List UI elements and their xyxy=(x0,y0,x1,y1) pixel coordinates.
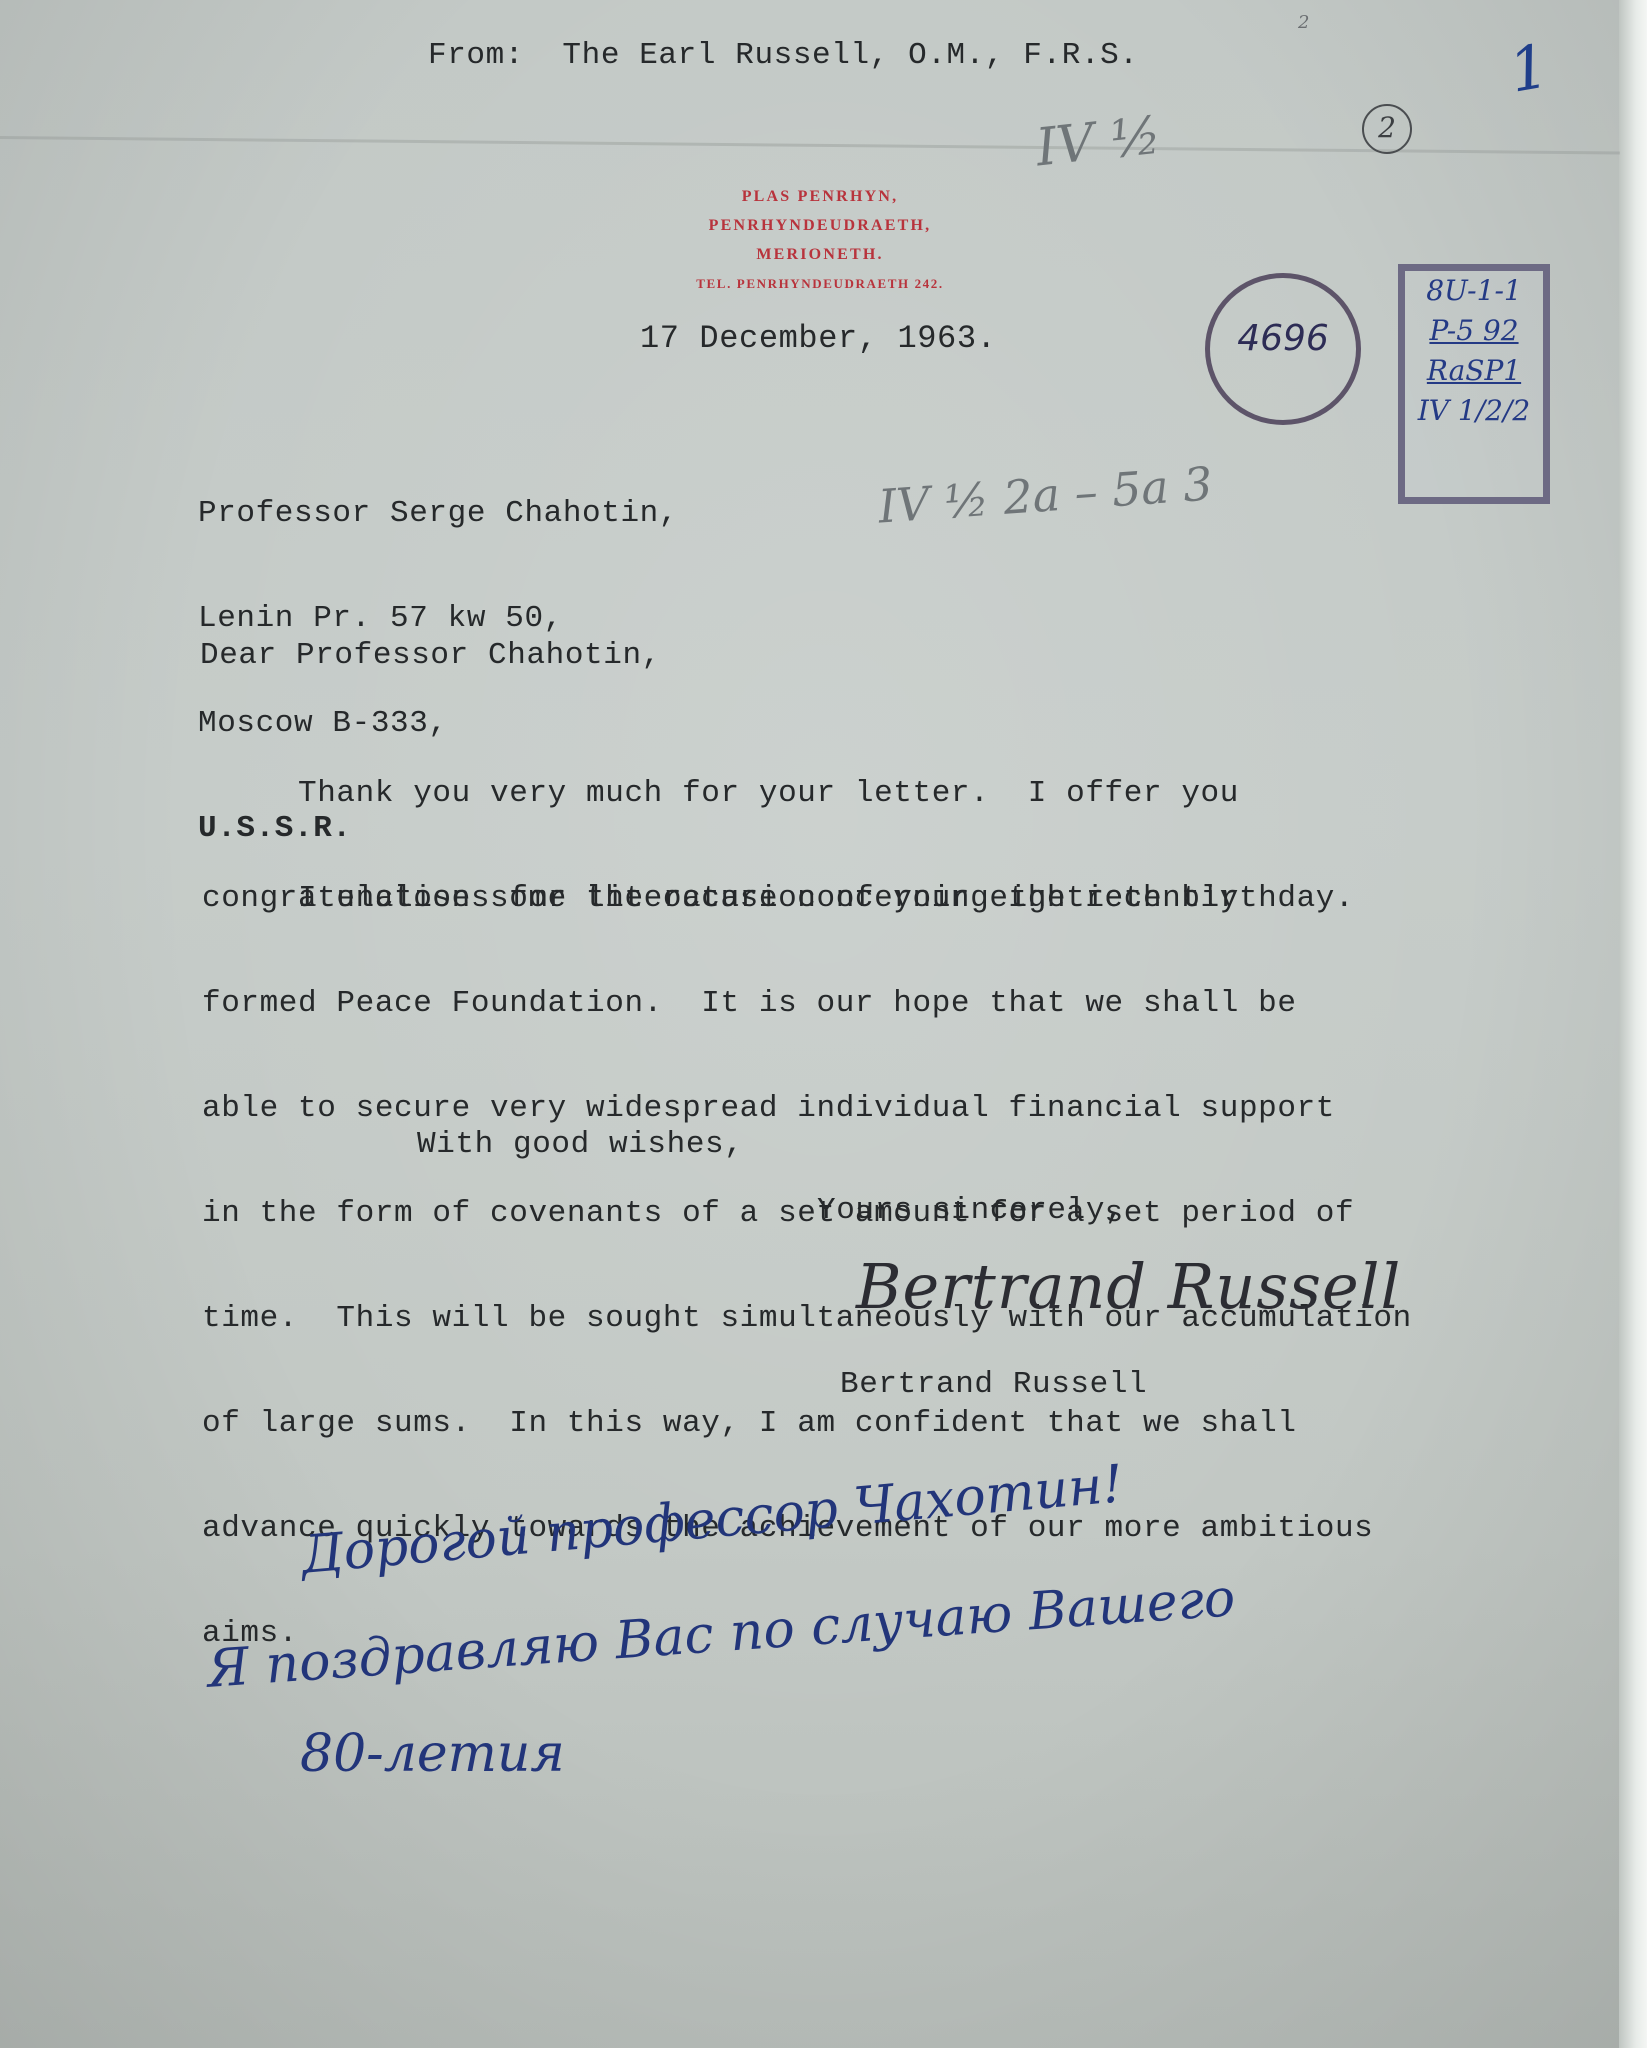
paragraph-line: able to secure very widespread individua… xyxy=(202,1091,1412,1126)
paragraph-line: formed Peace Foundation. It is our hope … xyxy=(202,986,1412,1021)
stamp-number: 4696 xyxy=(1210,318,1356,359)
paragraph-line: Thank you very much for your letter. I o… xyxy=(202,776,1354,811)
valediction: Yours sincerely, xyxy=(817,1193,1124,1228)
paragraph-line: I enclose some literature concerning the… xyxy=(202,881,1412,916)
small-number-annotation: 2 xyxy=(1298,12,1309,33)
pencil-reference-annotation: IV ½ 2a – 5a 3 xyxy=(877,456,1215,533)
letterhead-phone: TEL. PENRHYNDEUDRAETH 242. xyxy=(630,269,1010,298)
page-edge xyxy=(1619,0,1647,2048)
circular-stamp: 4696 xyxy=(1205,273,1361,425)
from-line: From: The Earl Russell, O.M., F.R.S. xyxy=(428,38,1139,73)
registry-stamp: 8U-1-1 P-5 92 RaSP1 IV 1/2/2 xyxy=(1398,264,1550,504)
stamp-line: P-5 92 xyxy=(1405,311,1543,351)
typed-signature-name: Bertrand Russell xyxy=(840,1367,1147,1402)
closing: With good wishes, xyxy=(417,1127,743,1162)
salutation: Dear Professor Chahotin, xyxy=(200,638,661,673)
stamp-line: IV 1/2/2 xyxy=(1405,391,1543,431)
letterhead: PLAS PENRHYN, PENRHYNDEUDRAETH, MERIONET… xyxy=(630,182,1010,298)
letterhead-line: PLAS PENRHYN, xyxy=(630,182,1010,211)
letterhead-line: PENRHYNDEUDRAETH, xyxy=(630,211,1010,240)
address-line: Lenin Pr. 57 kw 50, xyxy=(198,601,678,636)
paragraph-line: of large sums. In this way, I am confide… xyxy=(202,1406,1412,1441)
paragraph-line: in the form of covenants of a set amount… xyxy=(202,1196,1412,1231)
handwritten-signature: Bertrand Russell xyxy=(856,1250,1401,1323)
page-number-annotation: 1 xyxy=(1504,31,1554,107)
stamp-line: RaSP1 xyxy=(1405,351,1543,391)
pencil-mark-annotation: IV ½ xyxy=(1033,106,1164,179)
address-line: Professor Serge Chahotin, xyxy=(198,496,678,531)
circled-number: 2 xyxy=(1378,111,1396,144)
russian-handwritten-note-line: 80-летия xyxy=(300,1724,565,1784)
letterhead-line: MERIONETH. xyxy=(630,240,1010,269)
letter-date: 17 December, 1963. xyxy=(640,320,996,357)
circled-number-annotation: 2 xyxy=(1362,104,1412,154)
stamp-line: 8U-1-1 xyxy=(1405,271,1543,311)
